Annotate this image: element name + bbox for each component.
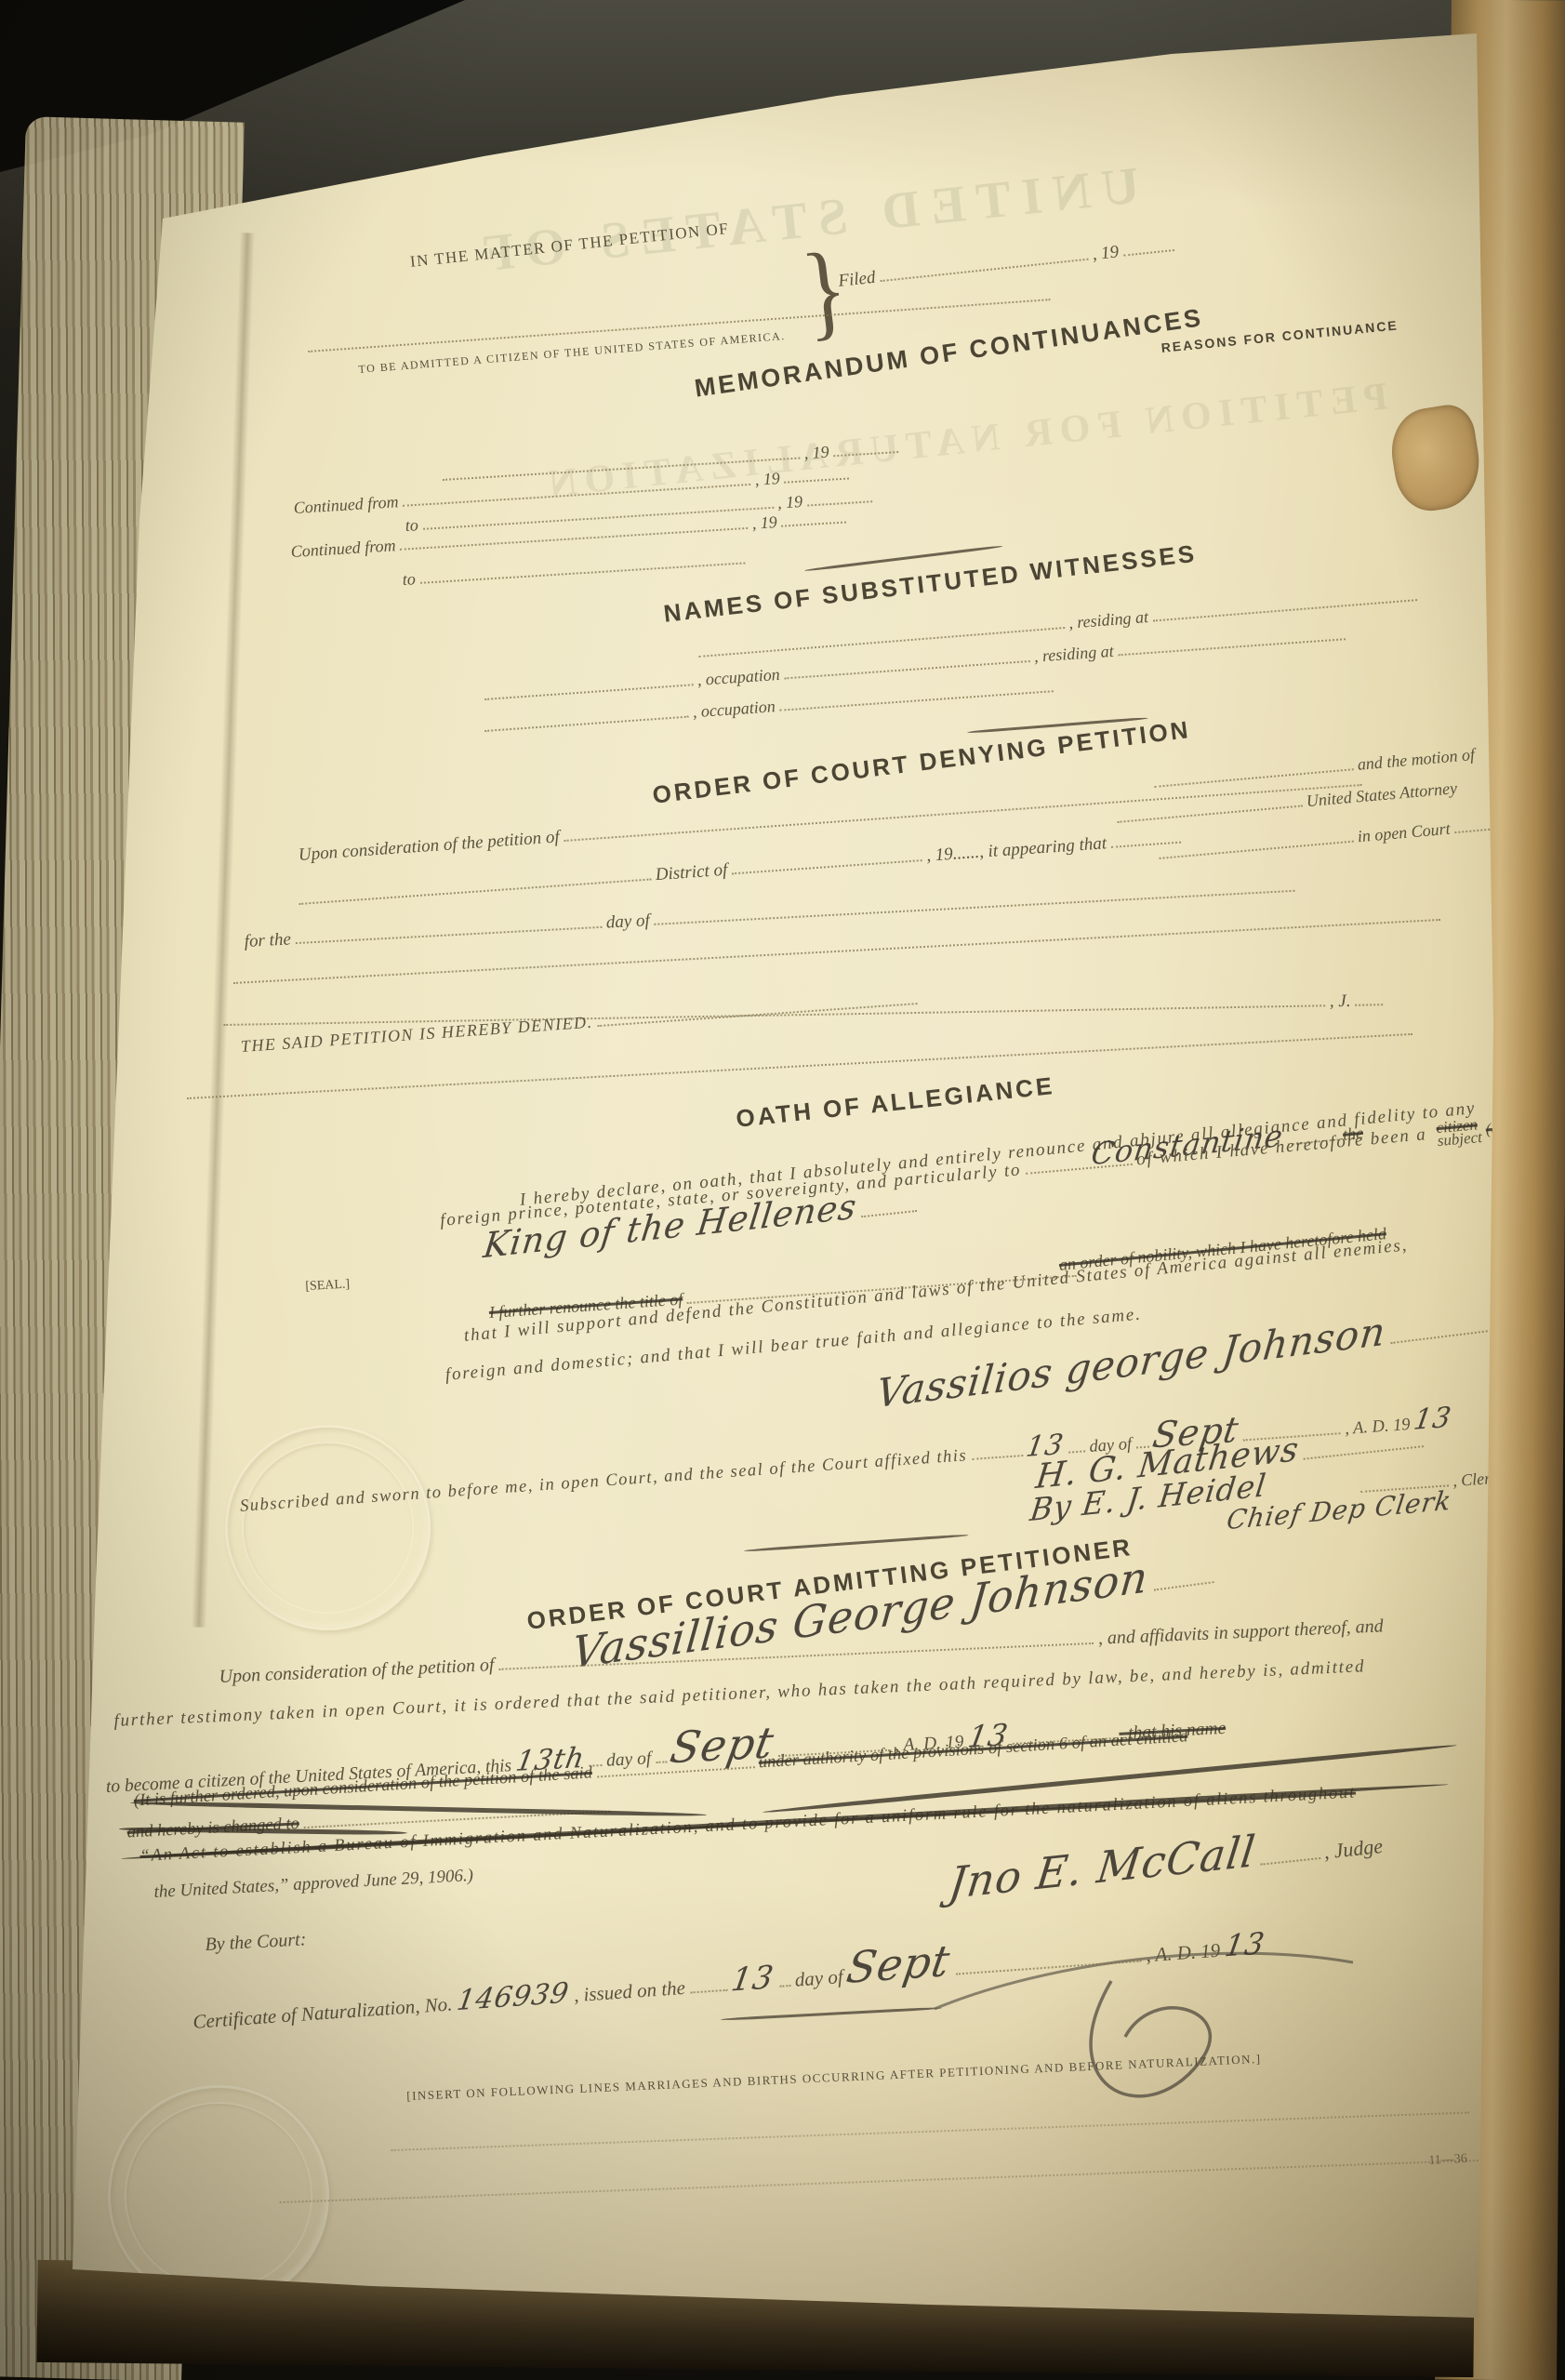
- dotted-fill: [879, 242, 1089, 282]
- year-suffix: , 19: [803, 443, 829, 463]
- dotted-fill: [1302, 1431, 1424, 1460]
- to-label: to: [402, 569, 416, 589]
- judge-initial-label: , J.: [1330, 991, 1351, 1011]
- handwritten-certificate-number: 146939: [455, 1976, 572, 2017]
- subject-word: subject: [1437, 1128, 1483, 1150]
- dotted-fill: [418, 547, 745, 584]
- judge-label: , Judge: [1322, 1834, 1384, 1864]
- occupation-label: , occupation: [692, 697, 776, 721]
- signature-judge: Jno E. McCall: [946, 1826, 1258, 1909]
- residing-at-label: , residing at: [1033, 642, 1114, 666]
- dotted-fill: [780, 505, 846, 526]
- dotted-fill: [484, 668, 694, 700]
- year-suffix: , 19: [754, 469, 780, 489]
- year-suffix: , 19: [751, 512, 777, 533]
- certificate-label: Certificate of Naturalization, No.: [192, 1992, 453, 2032]
- occupation-label: , occupation: [696, 665, 780, 689]
- margin-text: and the motion of: [1357, 745, 1476, 774]
- dotted-fill: [295, 910, 603, 944]
- dotted-fill: [1355, 987, 1383, 1006]
- continuance-row: to: [402, 547, 745, 591]
- district-of-label: District of: [655, 860, 728, 884]
- affidavits-text: , and affidavits in support thereof, and: [1097, 1615, 1384, 1648]
- residing-at-label: , residing at: [1068, 607, 1149, 632]
- dotted-fill: [1259, 1843, 1320, 1866]
- continued-from-label: Continued from: [293, 492, 399, 517]
- dotted-fill: [1068, 1434, 1085, 1454]
- appearing-label: , 19......, it appearing that: [925, 833, 1107, 865]
- seal-placeholder: [SEAL.]: [305, 1277, 351, 1294]
- paper-tear-patch: [1386, 401, 1486, 515]
- day-of-label: day of: [605, 911, 650, 932]
- dotted-fill: [971, 1439, 1023, 1460]
- rule-line: [744, 1534, 969, 1552]
- handwritten-year: 13: [1222, 1925, 1267, 1963]
- dotted-fill: [1117, 622, 1346, 656]
- citizen-subject-stack: citizen subject: [1436, 1118, 1482, 1149]
- upon-consideration-label: Upon consideration of the petition of: [298, 827, 560, 865]
- ad-year-label: , A. D. 19: [1145, 1939, 1221, 1967]
- form-number-mark: 11—36: [1428, 2152, 1467, 2169]
- photo-of-naturalization-record: UNITED STATES OF PETITION FOR NATURALIZA…: [0, 0, 1565, 2380]
- dotted-fill: [731, 843, 922, 874]
- margin-text: in open Court: [1357, 819, 1451, 846]
- filed-label: Filed: [837, 268, 876, 291]
- dotted-fill: [484, 700, 689, 732]
- dotted-fill: [806, 485, 872, 506]
- approved-line: the United States,” approved June 29, 19…: [153, 1866, 474, 1903]
- section-title-oath: OATH OF ALLEGIANCE: [735, 1071, 1056, 1134]
- by-the-court-line: By the Court:: [205, 1929, 307, 1956]
- dotted-fill: [778, 1966, 791, 1988]
- record-book-page: UNITED STATES OF PETITION FOR NATURALIZA…: [0, 0, 1565, 2380]
- continued-from-label: Continued from: [290, 536, 396, 561]
- form-number-text: 11—36: [1428, 2152, 1467, 2168]
- seal-label: [SEAL.]: [305, 1277, 351, 1293]
- rule-line: [721, 2007, 942, 2021]
- day-of-label: day of: [794, 1965, 843, 1991]
- issued-label: , issued on the: [573, 1976, 686, 2006]
- dotted-fill: [689, 1971, 727, 1994]
- dotted-fill: [1110, 825, 1181, 848]
- filed-year-label: , 19: [1092, 242, 1121, 264]
- for-the-label: for the: [244, 929, 291, 951]
- embossed-court-seal-upper: [225, 1425, 431, 1630]
- dotted-fill: [1152, 1567, 1214, 1591]
- approved-text: the United States,” approved June 29, 19…: [153, 1866, 474, 1902]
- handwritten-month: Sept: [843, 1935, 954, 1993]
- dotted-fill: [832, 435, 898, 457]
- upon-consideration-label: Upon consideration of the petition of: [219, 1655, 495, 1687]
- dotted-fill: [1158, 825, 1354, 859]
- dotted-fill: [954, 1942, 1141, 1975]
- dotted-fill: [860, 1196, 917, 1217]
- dotted-fill: [1389, 1316, 1488, 1344]
- judge-signature-line: Jno E. McCall , Judge: [947, 1813, 1385, 1908]
- by-court-label: By the Court:: [205, 1929, 307, 1955]
- dotted-fill: [298, 861, 651, 905]
- handwritten-day: 13: [729, 1959, 777, 2000]
- dotted-fill: [1121, 233, 1174, 257]
- dotted-fill: [1151, 583, 1417, 621]
- dotted-fill: [783, 461, 849, 483]
